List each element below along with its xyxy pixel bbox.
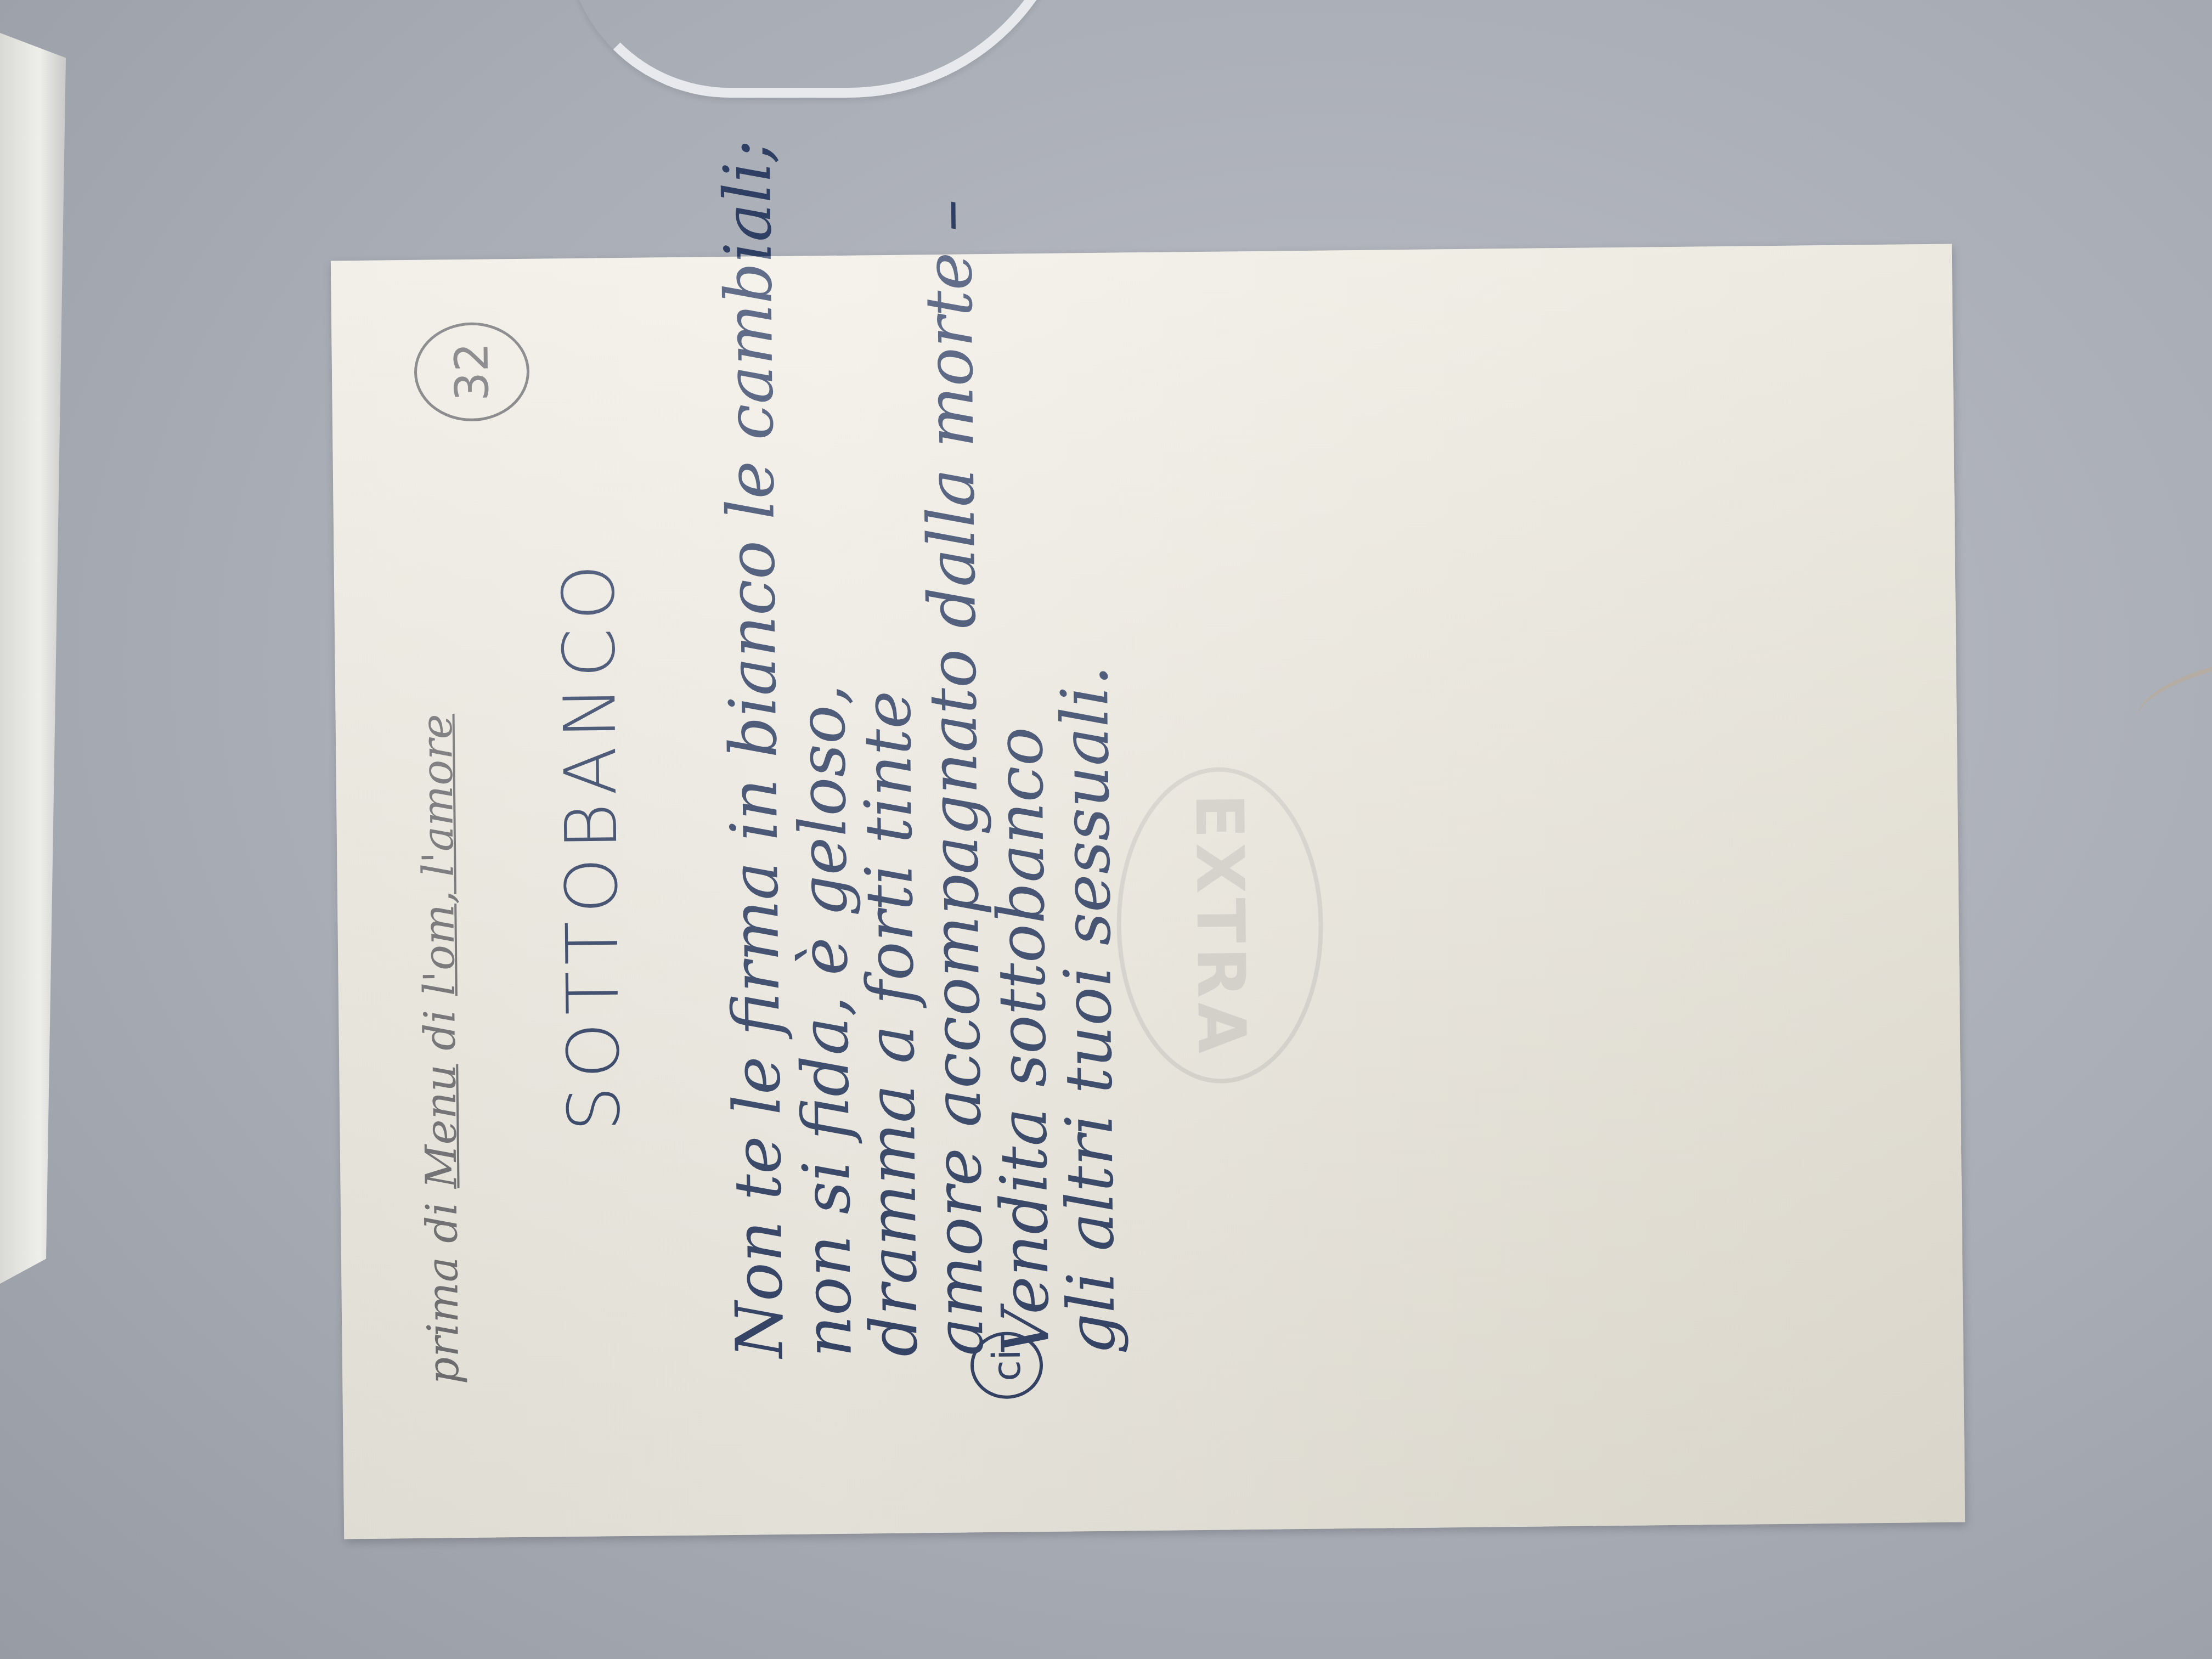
body-line: non si fida, è geloso, <box>783 684 866 1358</box>
stacked-papers <box>0 33 66 1284</box>
stamp-text: EXTRA <box>1181 793 1260 1058</box>
header-menu: Menu <box>416 1064 466 1188</box>
page-title: SOTTOBANCO <box>547 556 636 1132</box>
body-line: gli altri tuoi sessuali. <box>1047 665 1130 1355</box>
page-number: 32 <box>444 342 499 402</box>
body-line: Non te le firma in bianco le cambiali; <box>709 140 798 1359</box>
margin-mark-text: ci <box>984 1349 1030 1381</box>
paper-crease <box>2131 651 2212 736</box>
page-number-circle: 32 <box>414 322 530 422</box>
header-suffix: l'om, l'amore <box>413 714 465 996</box>
margin-circle-mark: ci <box>970 1331 1043 1399</box>
body-line: Vendita sottobanco <box>981 726 1064 1356</box>
body-line: amore accompagnato dalla morte – <box>910 199 998 1356</box>
header-prefix: prima di <box>417 1202 469 1385</box>
body-line: dramma a forti tinte <box>849 690 932 1357</box>
extra-stamp: EXTRA <box>1115 766 1325 1085</box>
header-note: prima di Menu di l'om, l'amore <box>413 714 469 1385</box>
document-page: 32 prima di Menu di l'om, l'amore SOTTOB… <box>331 244 1965 1539</box>
header-middle: di <box>415 1009 465 1051</box>
cable <box>565 0 1079 98</box>
